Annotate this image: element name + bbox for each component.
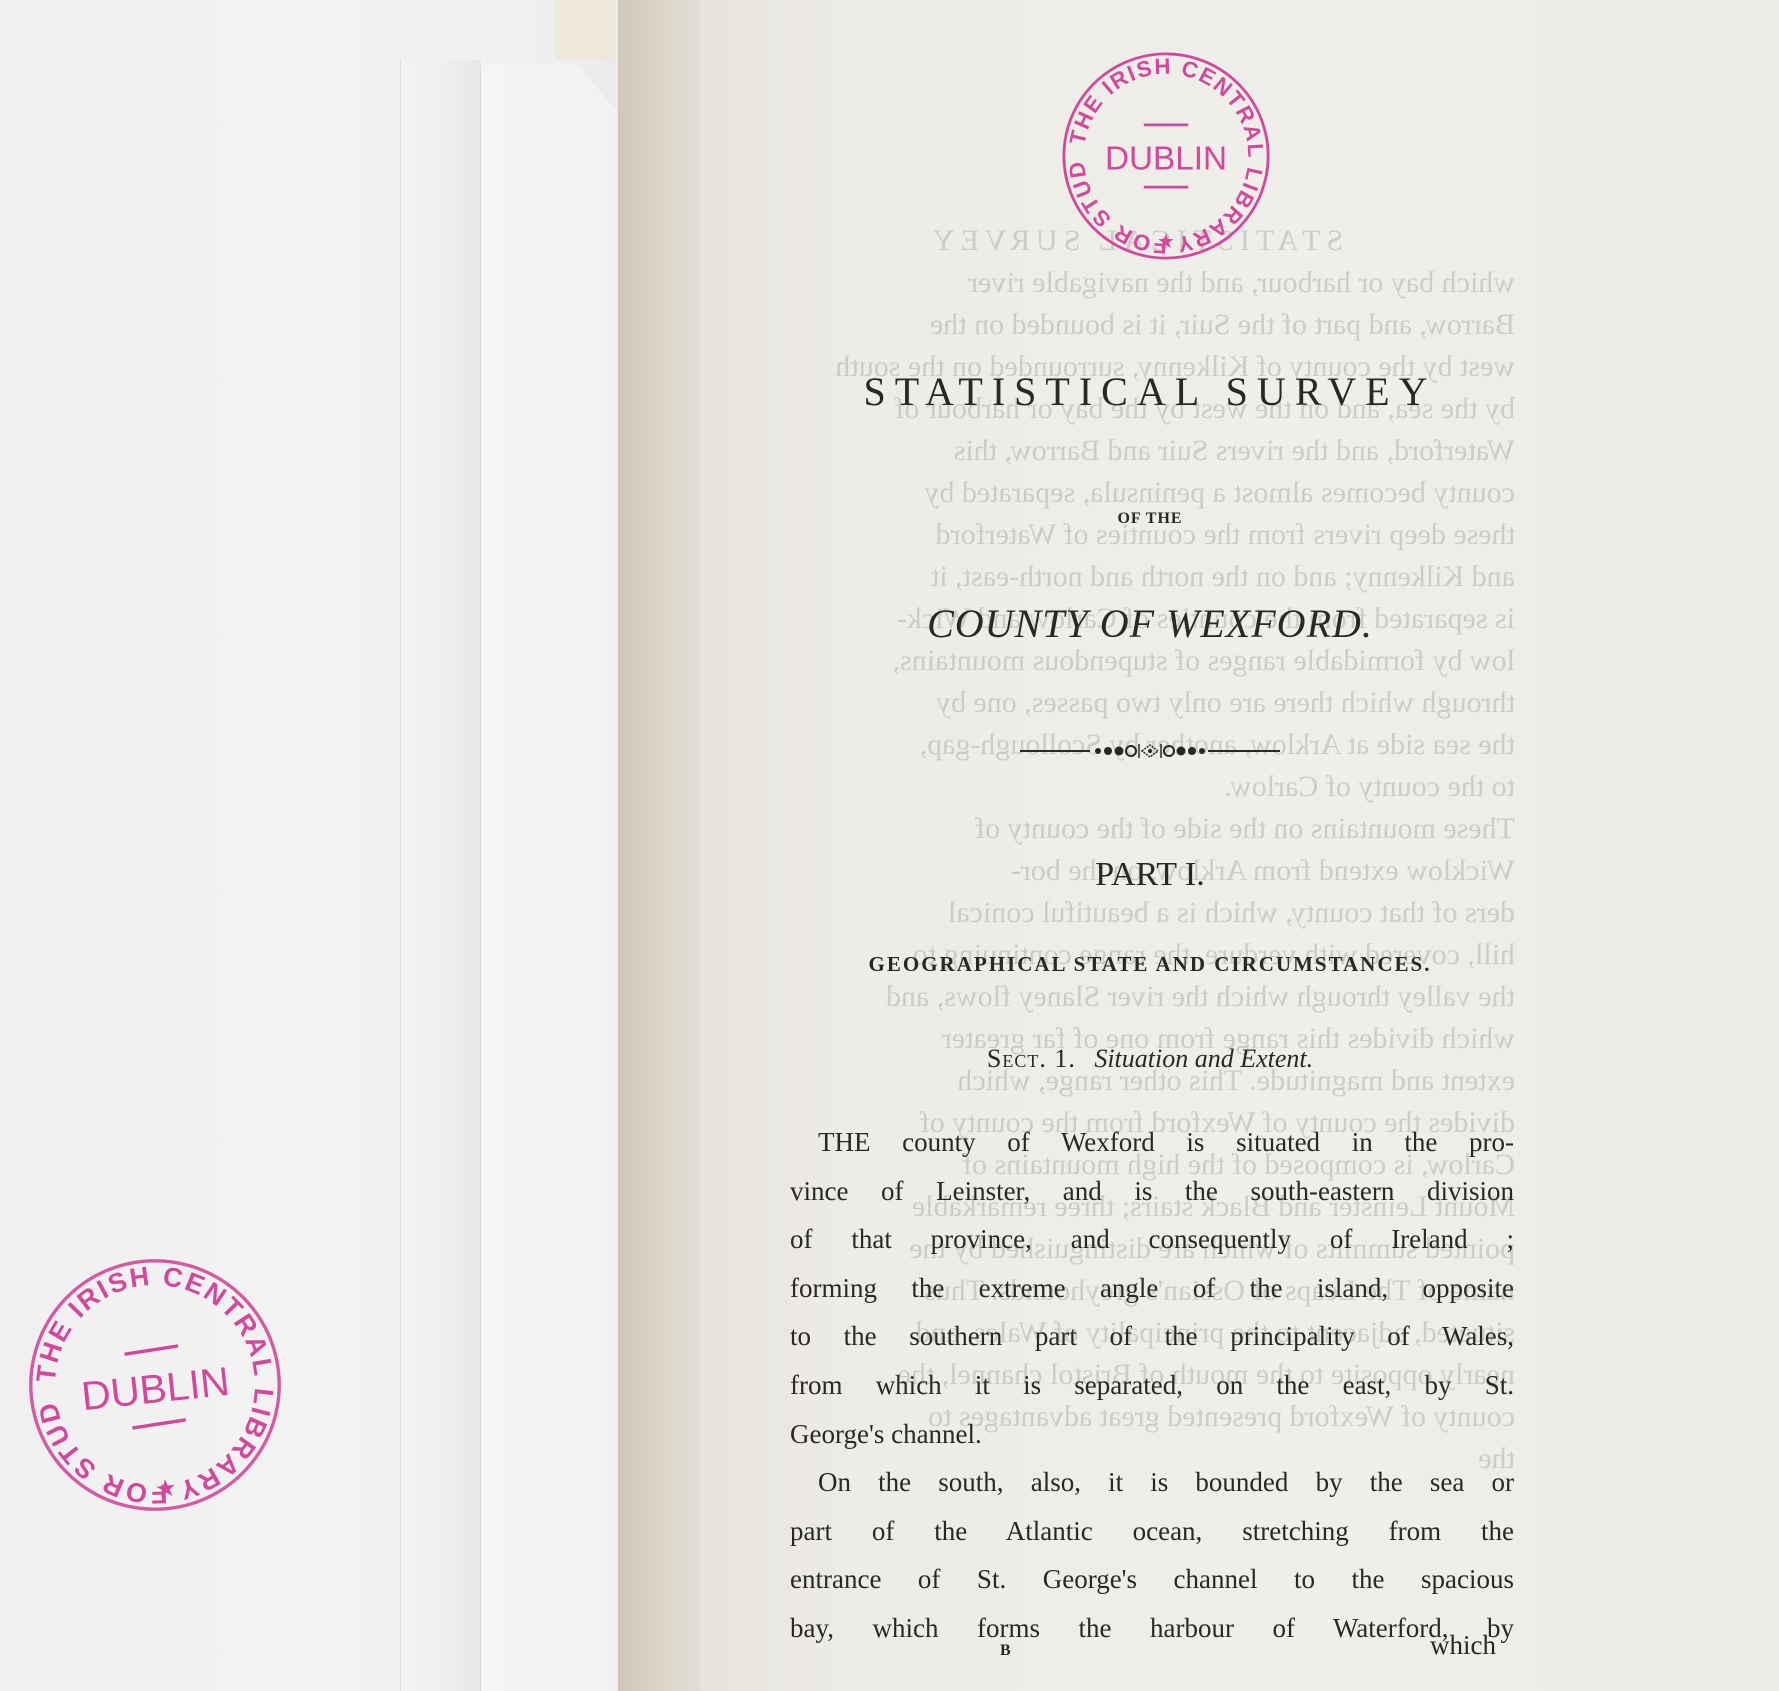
part-heading: PART I. xyxy=(790,856,1510,894)
text-line: THE county of Wexford is situated in the… xyxy=(790,1118,1514,1167)
svg-text:DUBLIN: DUBLIN xyxy=(79,1358,232,1419)
page-title: STATISTICAL SURVEY xyxy=(790,368,1510,415)
signature-mark: B xyxy=(1000,1642,1011,1660)
svg-text:★: ★ xyxy=(154,1474,178,1503)
text-line: of that province, and consequently of Ir… xyxy=(790,1215,1514,1264)
part-subtitle: GEOGRAPHICAL STATE AND CIRCUMSTANCES. xyxy=(790,952,1510,977)
text-line: from which it is separated, on the east,… xyxy=(790,1361,1514,1410)
svg-text:★: ★ xyxy=(1157,231,1175,253)
text-line: George's channel. xyxy=(790,1410,1514,1459)
title-connector: OF THE xyxy=(790,510,1510,528)
section-number: Sect. 1. xyxy=(987,1044,1076,1073)
library-stamp-icon: THE IRISH CENTRAL LIBRARY FOR STUDENTS D… xyxy=(7,1237,304,1534)
library-stamp-icon: THE IRISH CENTRAL LIBRARY FOR STUDENTS D… xyxy=(1055,45,1277,267)
text-line: On the south, also, it is bounded by the… xyxy=(790,1458,1514,1507)
section-title: Situation and Extent. xyxy=(1094,1044,1313,1073)
paragraph-2: On the south, also, it is bounded by the… xyxy=(790,1458,1514,1652)
text-line: part of the Atlantic ocean, stretching f… xyxy=(790,1507,1514,1556)
catchword: which xyxy=(1430,1630,1496,1661)
decorative-rule-icon xyxy=(1020,742,1280,760)
paragraph-1: THE county of Wexford is situated in the… xyxy=(790,1118,1514,1458)
body-text: THE county of Wexford is situated in the… xyxy=(790,1118,1514,1653)
section-heading: Sect. 1. Situation and Extent. xyxy=(790,1044,1510,1074)
flyleaf-strip xyxy=(480,65,619,1691)
county-title: COUNTY OF WEXFORD. xyxy=(790,600,1510,647)
text-line: entrance of St. George's channel to the … xyxy=(790,1555,1514,1604)
flyleaf-fold xyxy=(400,60,481,1691)
library-stamp-left: THE IRISH CENTRAL LIBRARY FOR STUDENTS D… xyxy=(7,1237,304,1534)
library-stamp-top: THE IRISH CENTRAL LIBRARY FOR STUDENTS D… xyxy=(1055,45,1277,267)
svg-text:DUBLIN: DUBLIN xyxy=(1105,140,1227,177)
text-line: to the southern part of the principality… xyxy=(790,1312,1514,1361)
page-edge xyxy=(555,0,615,60)
text-line: vince of Leinster, and is the south-east… xyxy=(790,1167,1514,1216)
text-line: forming the extreme angle of the island,… xyxy=(790,1264,1514,1313)
text-line: bay, which forms the harbour of Waterfor… xyxy=(790,1604,1514,1653)
